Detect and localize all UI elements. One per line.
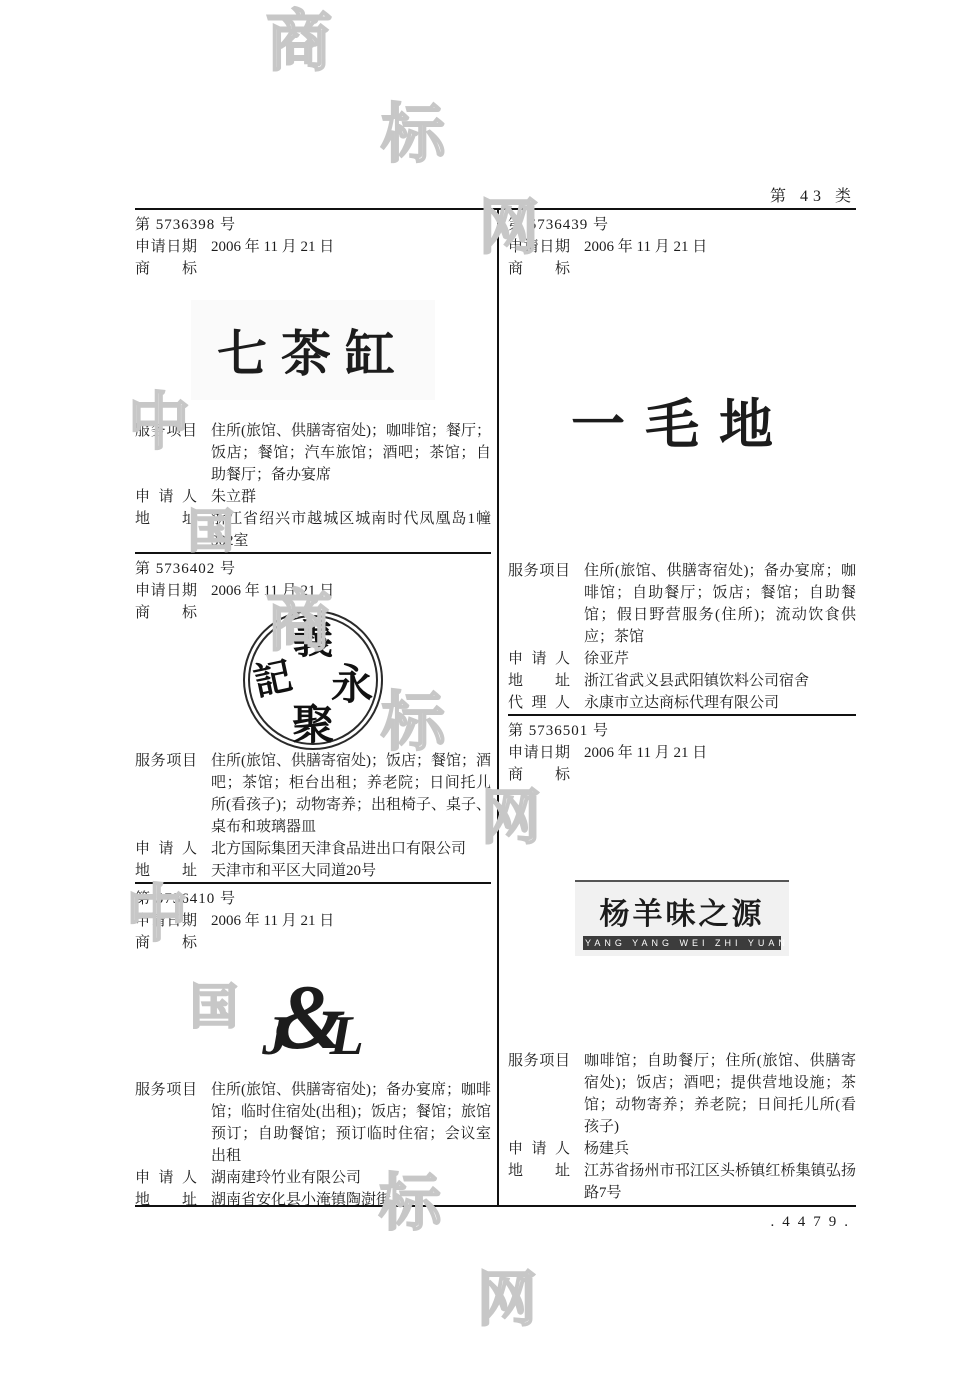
services-value: 住所(旅馆、供膳寄宿处)；备办宴席；咖啡馆；自助餐厅；饭店；餐馆；自助餐馆；假日… xyxy=(584,560,856,648)
applicant-label: 申请人 xyxy=(508,1138,570,1160)
application-date-value: 2006 年 11 月 21 日 xyxy=(584,236,856,258)
trademark-label: 商标 xyxy=(508,764,570,786)
application-date-label: 申请日期 xyxy=(508,742,570,764)
trademark-image: 義 記 永 聚 xyxy=(135,624,491,750)
registration-number: 第 5736410 号 xyxy=(135,888,491,910)
application-date-label: 申请日期 xyxy=(508,236,570,258)
address-label: 地址 xyxy=(508,1160,570,1182)
registration-number: 第 5736402 号 xyxy=(135,558,491,580)
applicant-value: 北方国际集团天津食品进出口有限公司 xyxy=(211,838,491,860)
application-date-value: 2006 年 11 月 21 日 xyxy=(211,580,491,602)
agent-label: 代理人 xyxy=(508,692,570,714)
trademark-entry: 第 5736501 号 申请日期 2006 年 11 月 21 日 商标 杨羊味… xyxy=(508,716,856,1205)
address-label: 地址 xyxy=(135,1189,197,1205)
applicant-value: 杨建兵 xyxy=(584,1138,856,1160)
trademark-image: 一毛地 xyxy=(508,280,856,560)
seal-circle-logo: 義 記 永 聚 xyxy=(243,610,383,750)
services-value: 住所(旅馆、供膳寄宿处)；咖啡馆；餐厅；饭店；餐馆；汽车旅馆；酒吧；茶馆；自助餐… xyxy=(211,420,491,486)
banner-logo-pinyin: YANG YANG WEI ZHI YUAN xyxy=(583,936,781,950)
registration-number: 第 5736501 号 xyxy=(508,720,856,742)
trademark-entry: 第 5736398 号 申请日期 2006 年 11 月 21 日 商标 七茶缸… xyxy=(135,210,491,554)
category-heading: 第 43 类 xyxy=(135,183,856,206)
watermark-glyph: 商 xyxy=(266,8,332,74)
services-value: 住所(旅馆、供膳寄宿处)；饭店；餐馆；酒吧；茶馆；柜台出租；养老院；日间托儿所(… xyxy=(211,750,491,838)
address-label: 地址 xyxy=(135,508,197,530)
application-date-label: 申请日期 xyxy=(135,580,197,602)
address-value: 江苏省扬州市邗江区头桥镇红桥集镇弘扬路7号 xyxy=(584,1160,856,1204)
applicant-value: 湖南建玲竹业有限公司 xyxy=(211,1167,491,1189)
trademark-entry: 第 5736402 号 申请日期 2006 年 11 月 21 日 商标 義 記… xyxy=(135,554,491,884)
address-value: 天津市和平区大同道20号 xyxy=(211,860,491,882)
agent-value: 永康市立达商标代理有限公司 xyxy=(584,692,856,714)
seal-char-top: 義 xyxy=(293,608,333,665)
trademark-entry: 第 5736410 号 申请日期 2006 年 11 月 21 日 商标 J&L… xyxy=(135,884,491,1205)
gazette-page: 第 43 类 第 5736398 号 申请日期 2006 年 11 月 21 日… xyxy=(0,0,980,1400)
services-label: 服务项目 xyxy=(508,1050,570,1072)
applicant-value: 徐亚芹 xyxy=(584,648,856,670)
services-label: 服务项目 xyxy=(135,1079,197,1101)
trademark-image-frame: 七茶缸 xyxy=(191,300,435,400)
application-date-label: 申请日期 xyxy=(135,910,197,932)
seal-char-right: 永 xyxy=(331,652,373,712)
registration-number: 第 5736439 号 xyxy=(508,214,856,236)
trademark-logo-text: 一毛地 xyxy=(571,382,793,459)
trademark-entry: 第 5736439 号 申请日期 2006 年 11 月 21 日 商标 一毛地… xyxy=(508,210,856,716)
trademark-label: 商标 xyxy=(135,602,197,624)
trademark-label: 商标 xyxy=(135,932,197,954)
applicant-label: 申请人 xyxy=(508,648,570,670)
monogram-logo: J&L xyxy=(262,964,364,1070)
trademark-logo-text: 七茶缸 xyxy=(217,326,409,382)
application-date-label: 申请日期 xyxy=(135,236,197,258)
trademark-label: 商标 xyxy=(135,258,197,280)
trademark-image: J&L xyxy=(135,954,491,1079)
address-label: 地址 xyxy=(508,670,570,692)
watermark-glyph: 标 xyxy=(381,102,445,166)
application-date-value: 2006 年 11 月 21 日 xyxy=(211,910,491,932)
applicant-value: 朱立群 xyxy=(211,486,491,508)
services-value: 住所(旅馆、供膳寄宿处)；备办宴席；咖啡馆；临时住宿处(出租)；饭店；餐馆；旅馆… xyxy=(211,1079,491,1167)
application-date-value: 2006 年 11 月 21 日 xyxy=(211,236,491,258)
left-column: 第 5736398 号 申请日期 2006 年 11 月 21 日 商标 七茶缸… xyxy=(135,210,497,1205)
address-value: 浙江省武义县武阳镇饮料公司宿舍 xyxy=(584,670,856,692)
trademark-image: 杨羊味之源 YANG YANG WEI ZHI YUAN xyxy=(508,786,856,1050)
watermark-glyph: 网 xyxy=(477,1270,537,1330)
applicant-label: 申请人 xyxy=(135,486,197,508)
monogram-l: L xyxy=(330,1005,364,1067)
services-label: 服务项目 xyxy=(135,750,197,772)
applicant-label: 申请人 xyxy=(135,838,197,860)
banner-logo-text: 杨羊味之源 xyxy=(583,889,781,933)
application-date-value: 2006 年 11 月 21 日 xyxy=(584,742,856,764)
address-value: 湖南省安化县小淹镇陶澍街 xyxy=(211,1189,491,1205)
right-column: 第 5736439 号 申请日期 2006 年 11 月 21 日 商标 一毛地… xyxy=(497,210,856,1205)
address-label: 地址 xyxy=(135,860,197,882)
page-number: .4479. xyxy=(135,1214,856,1231)
registration-number: 第 5736398 号 xyxy=(135,214,491,236)
services-label: 服务项目 xyxy=(135,420,197,442)
seal-char-left: 記 xyxy=(248,645,297,707)
bottom-rule xyxy=(135,1205,856,1207)
address-value: 浙江省绍兴市越城区城南时代凤凰岛1幢302室 xyxy=(211,508,491,552)
applicant-label: 申请人 xyxy=(135,1167,197,1189)
seal-char-bottom: 聚 xyxy=(292,692,334,752)
services-value: 咖啡馆；自助餐厅；住所(旅馆、供膳寄宿处)；饭店；酒吧；提供营地设施；茶馆；动物… xyxy=(584,1050,856,1138)
content-columns: 第 5736398 号 申请日期 2006 年 11 月 21 日 商标 七茶缸… xyxy=(135,210,856,1205)
services-label: 服务项目 xyxy=(508,560,570,582)
trademark-label: 商标 xyxy=(508,258,570,280)
banner-logo: 杨羊味之源 YANG YANG WEI ZHI YUAN xyxy=(575,880,789,956)
trademark-image: 七茶缸 xyxy=(135,280,491,420)
